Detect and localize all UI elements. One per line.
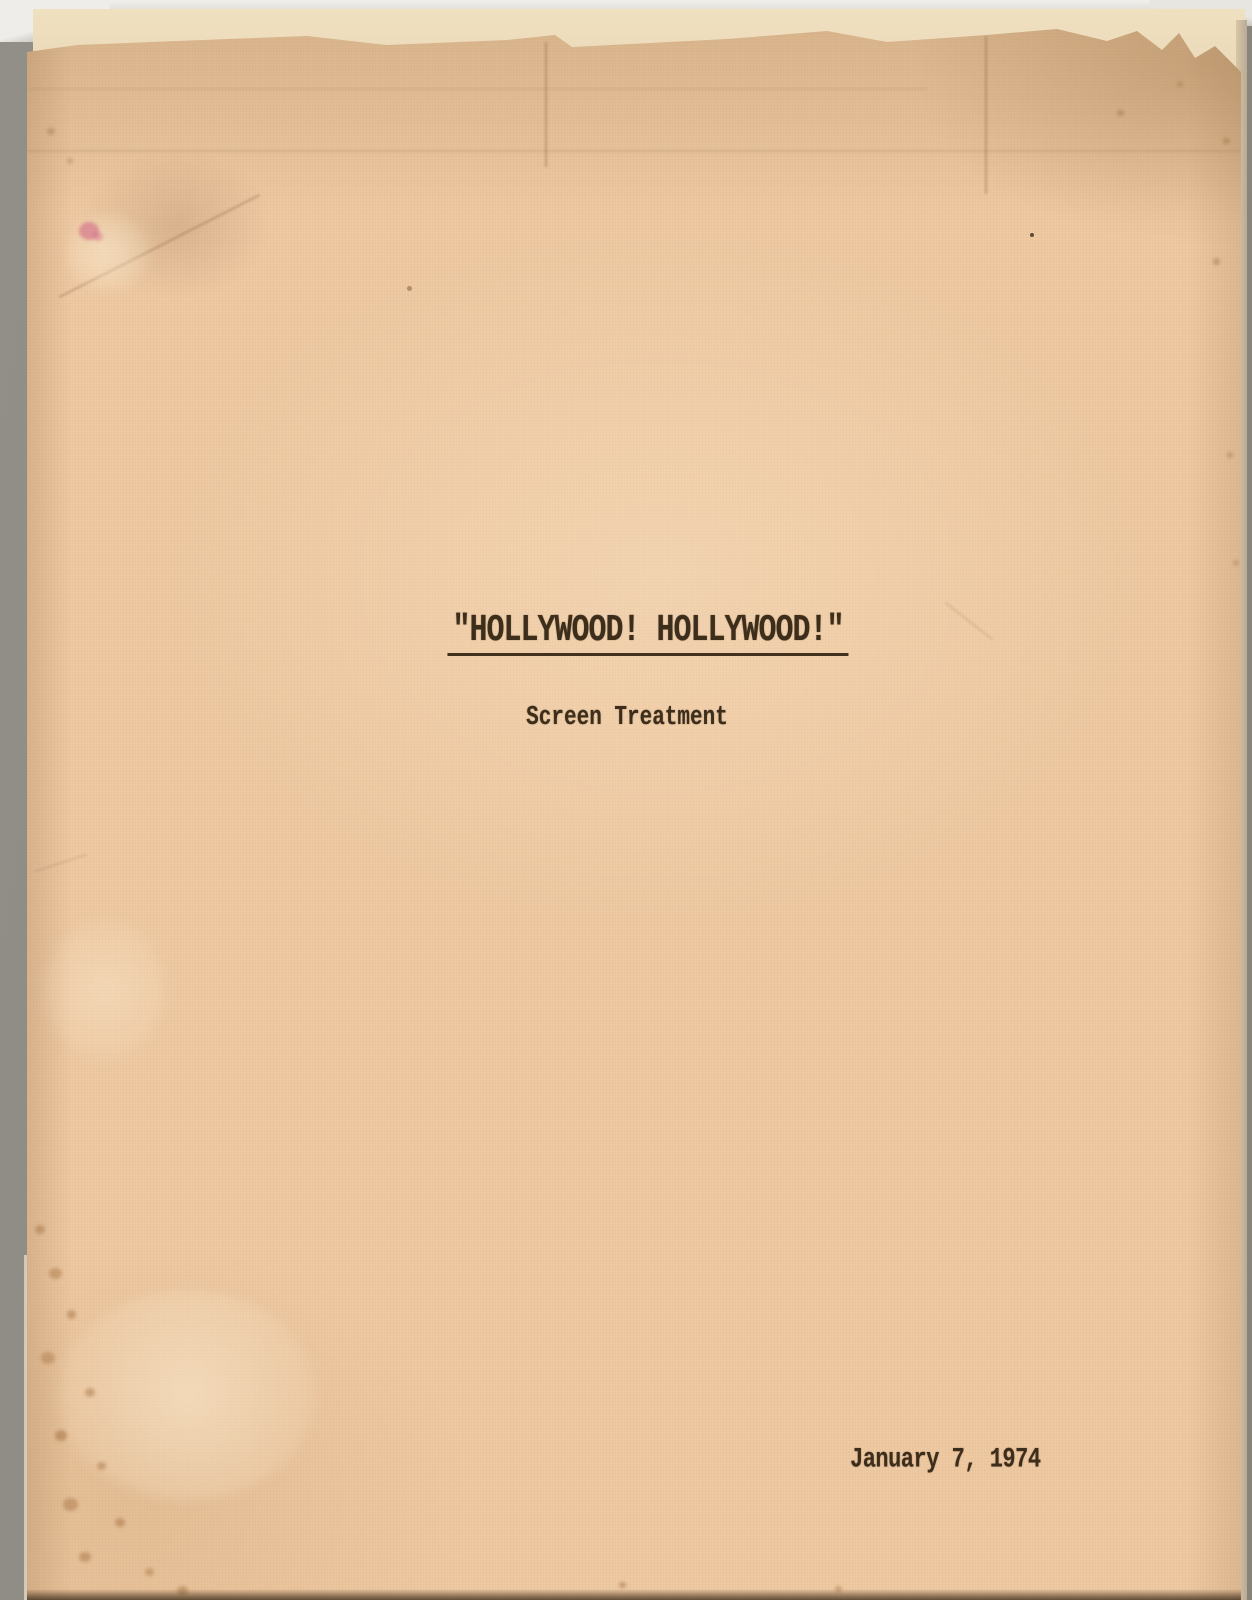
- foxing-stain: [49, 1268, 62, 1279]
- foxing-stain: [85, 1388, 95, 1397]
- crease-line-left-edge: [34, 854, 87, 873]
- foxing-stain: [67, 1310, 76, 1319]
- document-date-text: January 7, 1974: [850, 1446, 1041, 1474]
- foxing-stain: [79, 1552, 91, 1562]
- foxing-stain: [145, 1568, 154, 1576]
- foxing-stain: [63, 1498, 78, 1511]
- paper-stack-bottom-edge: [27, 1589, 1241, 1600]
- document-date: January 7, 1974: [850, 1444, 1041, 1469]
- crease-line-top-band-2: [27, 88, 927, 90]
- foxing-stain: [1233, 560, 1239, 566]
- stain-bottom-left: [57, 1290, 317, 1500]
- ink-speck: [1030, 233, 1034, 237]
- document-cover-page: [27, 0, 1241, 1600]
- foxing-stain: [97, 1462, 106, 1470]
- crease-line-near-title: [945, 602, 994, 641]
- crease-line-top-center: [545, 42, 547, 167]
- document-title-text: "HOLLYWOOD! HOLLYWOOD!": [452, 612, 843, 650]
- document-title: "HOLLYWOOD! HOLLYWOOD!": [447, 610, 848, 656]
- document-subtitle: Screen Treatment: [526, 704, 728, 727]
- pink-pencil-mark-2: [93, 232, 103, 241]
- foxing-stain: [115, 1518, 125, 1527]
- foxing-stain: [1117, 110, 1124, 116]
- crease-line-top-right: [985, 36, 987, 194]
- foxing-stain: [55, 1430, 67, 1441]
- crease-line-top-band: [27, 150, 1241, 152]
- ink-speck: [407, 286, 412, 291]
- foxing-stain: [47, 128, 55, 135]
- foxing-stain: [619, 1582, 626, 1588]
- foxing-stain: [1213, 258, 1220, 265]
- document-subtitle-text: Screen Treatment: [526, 705, 728, 732]
- foxing-stain: [67, 158, 73, 164]
- foxing-stain: [1223, 138, 1230, 144]
- foxing-stain: [35, 1225, 45, 1234]
- dent-light-spot: [65, 215, 150, 290]
- foxing-stain: [1177, 82, 1183, 87]
- foxing-stain: [41, 1352, 55, 1364]
- foxing-stain: [1227, 452, 1233, 458]
- stain-left-middle: [45, 920, 165, 1060]
